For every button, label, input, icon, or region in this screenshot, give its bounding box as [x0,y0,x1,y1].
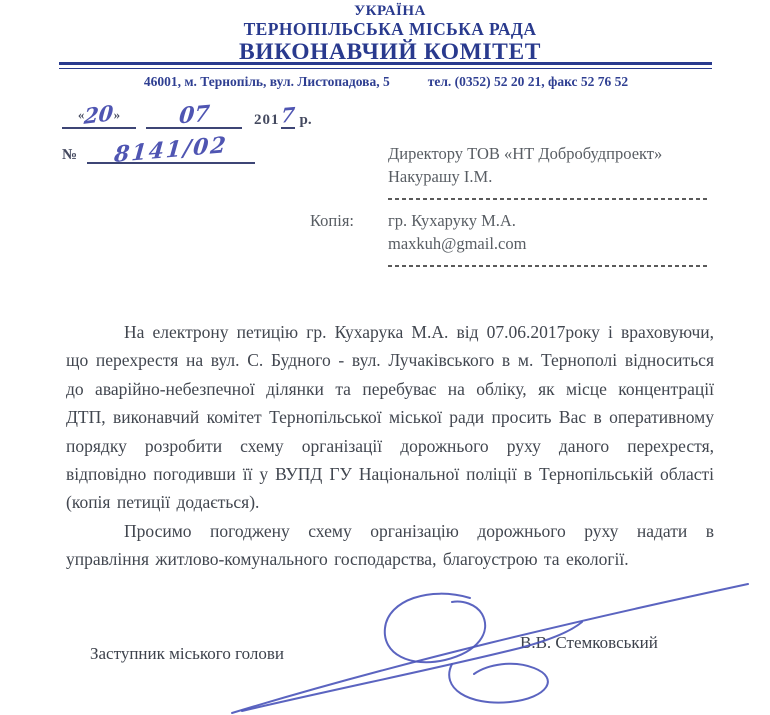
letterhead-contact-row: 46001, м. Тернопіль, вул. Листопадова, 5… [60,74,712,90]
printed-year: 201 [254,112,280,129]
body-paragraph-1: На електрону петицію гр. Кухарука М.А. в… [66,318,714,517]
letterhead-country: УКРАЇНА [40,3,740,20]
date-day-field: «20» [62,104,136,129]
copy-recipient-name: гр. Кухаруку М.А. [388,209,526,232]
copy-label: Копія: [310,209,388,256]
body-paragraph-2: Просимо погоджену схему організацію доро… [66,517,714,574]
copy-lines: гр. Кухаруку М.А. maxkuh@gmail.com [388,209,526,256]
handwritten-day: 20 [84,102,115,127]
letterhead-council-name: ТЕРНОПІЛЬСЬКА МІСЬКА РАДА [40,20,740,40]
addressee-line-1: Директору ТОВ «НТ Добробудпроект» [388,142,714,165]
letterhead-phone: тел. (0352) 52 20 21, факс 52 76 52 [428,74,628,90]
dashed-separator-top [388,198,708,200]
signer-title: Заступник міського голови [90,644,284,664]
letterhead-double-rule [59,62,712,69]
handwritten-month: 07 [178,103,210,128]
letter-body: На електрону петицію гр. Кухарука М.А. в… [66,318,714,574]
letterhead-address: 46001, м. Тернопіль, вул. Листопадова, 5 [144,74,390,90]
signer-name: В.В. Стемковський [520,633,658,653]
quote-close: » [114,107,121,122]
handwritten-year-digit: 7 [280,104,296,125]
outgoing-number-field: 8141/02 [87,139,255,164]
scanned-letter-page: УКРАЇНА ТЕРНОПІЛЬСЬКА МІСЬКА РАДА ВИКОНА… [0,0,770,715]
number-label: № [62,147,77,164]
reference-number-line: № 8141/02 [62,139,352,164]
dashed-separator-bottom [388,265,708,267]
copy-recipient-email: maxkuh@gmail.com [388,232,526,255]
handwritten-outgoing-number: 8141/02 [113,134,228,166]
year-suffix: р. [300,112,312,129]
date-year-field: 7 [281,105,295,129]
addressee-block: Директору ТОВ «НТ Добробудпроект» Накура… [388,142,714,189]
addressee-line-2: Накурашу І.М. [388,165,714,188]
letterhead: УКРАЇНА ТЕРНОПІЛЬСЬКА МІСЬКА РАДА ВИКОНА… [40,3,740,66]
date-month-field: 07 [146,104,242,129]
reference-block: «20» 07 201 7 р. № 8141/02 [62,104,352,164]
reference-date-line: «20» 07 201 7 р. [62,104,352,129]
copy-recipient-block: Копія: гр. Кухаруку М.А. maxkuh@gmail.co… [310,209,714,256]
recipients-block: Директору ТОВ «НТ Добробудпроект» Накура… [310,142,714,276]
